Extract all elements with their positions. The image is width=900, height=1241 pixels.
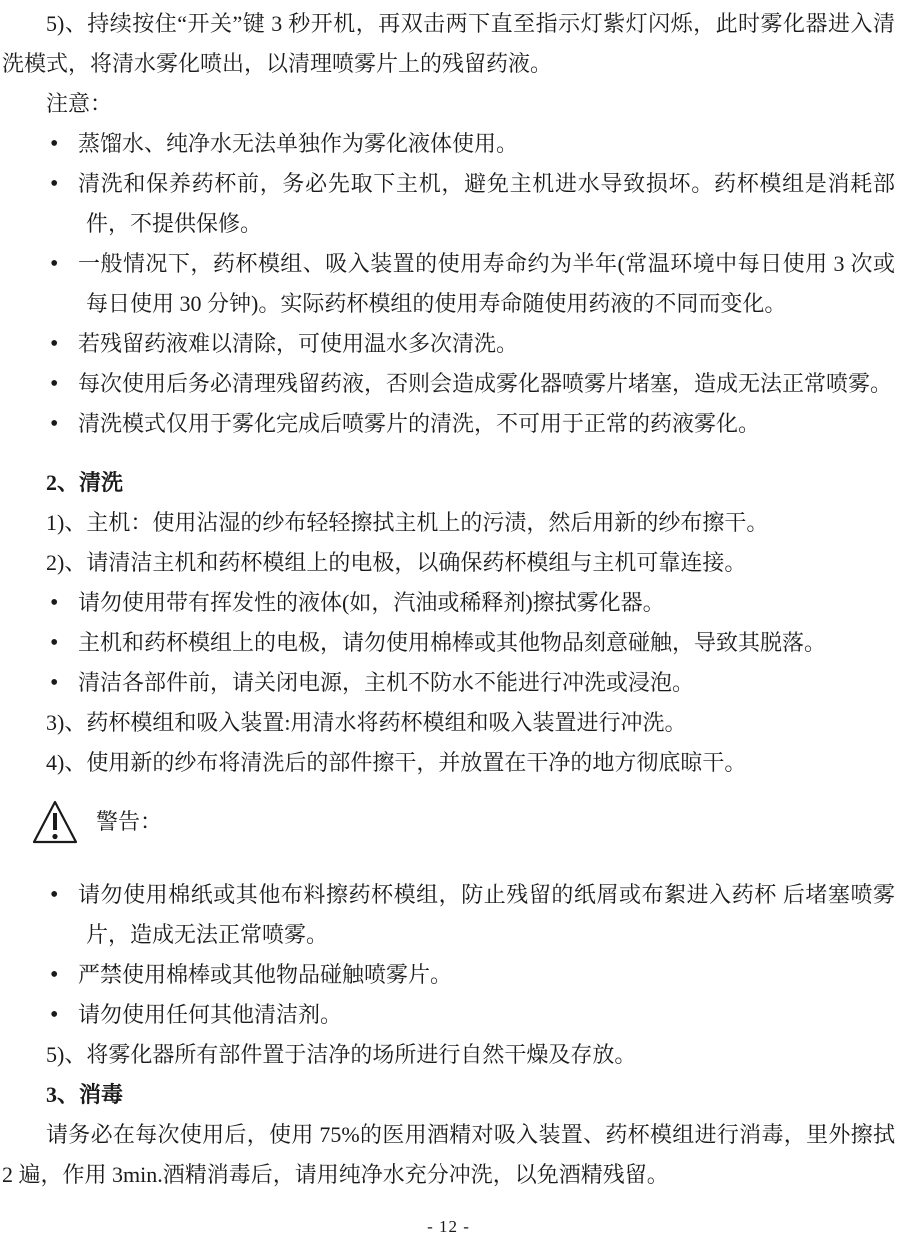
cleaning-caution-list: •请勿使用带有挥发性的液体(如，汽油或稀释剂)擦拭雾化器。 •主机和药杯模组上的… — [2, 583, 895, 703]
list-item-text: 清洗模式仅用于雾化完成后喷雾片的清洗，不可用于正常的药液雾化。 — [78, 411, 760, 436]
section-title-cleaning: 2、清洗 — [2, 463, 895, 503]
bullet-icon: • — [50, 875, 58, 915]
bullet-icon: • — [50, 164, 58, 204]
manual-page: 5)、持续按住“开关”键 3 秒开机，再双击两下直至指示灯紫灯闪烁，此时雾化器进… — [0, 0, 900, 1239]
list-item-text: 清洁各部件前，请关闭电源，主机不防水不能进行冲洗或浸泡。 — [78, 670, 694, 695]
bullet-icon: • — [50, 364, 58, 404]
bullet-icon: • — [50, 955, 58, 995]
cleaning-step-5: 5)、将雾化器所有部件置于洁净的场所进行自然干燥及存放。 — [2, 1035, 895, 1075]
notice-bullet-list: •蒸馏水、纯净水无法单独作为雾化液体使用。 •清洗和保养药杯前，务必先取下主机，… — [2, 124, 895, 444]
list-item: •每次使用后务必清理残留药液，否则会造成雾化器喷雾片堵塞，造成无法正常喷雾。 — [2, 364, 895, 404]
bullet-icon: • — [50, 404, 58, 444]
page-number: - 12 - — [2, 1215, 895, 1239]
list-item-text: 若残留药液难以清除，可使用温水多次清洗。 — [78, 331, 518, 356]
bullet-icon: • — [50, 995, 58, 1035]
cleaning-step-2: 2)、请清洁主机和药杯模组上的电极，以确保药杯模组与主机可靠连接。 — [2, 543, 895, 583]
bullet-icon: • — [50, 324, 58, 364]
list-item: •请勿使用带有挥发性的液体(如，汽油或稀释剂)擦拭雾化器。 — [2, 583, 895, 623]
bullet-icon: • — [50, 623, 58, 663]
disinfection-paragraph: 请务必在每次使用后，使用 75%的医用酒精对吸入装置、药杯模组进行消毒，里外擦拭… — [2, 1115, 895, 1195]
notice-label: 注意： — [2, 84, 895, 124]
list-item-text: 请勿使用任何其他清洁剂。 — [78, 1002, 342, 1027]
warning-bullet-list: •请勿使用棉纸或其他布料擦药杯模组，防止残留的纸屑或布絮进入药杯 后堵塞喷雾片，… — [2, 875, 895, 1035]
cleaning-step-1: 1)、主机：使用沾湿的纱布轻轻擦拭主机上的污渍，然后用新的纱布擦干。 — [2, 503, 895, 543]
list-item-text: 主机和药杯模组上的电极，请勿使用棉棒或其他物品刻意碰触，导致其脱落。 — [78, 630, 826, 655]
list-item: •清洗和保养药杯前，务必先取下主机，避免主机进水导致损坏。药杯模组是消耗部件，不… — [2, 164, 895, 244]
warning-triangle-icon — [32, 800, 78, 844]
cleaning-step-3: 3)、药杯模组和吸入装置:用清水将药杯模组和吸入装置进行冲洗。 — [2, 703, 895, 743]
bullet-icon: • — [50, 663, 58, 703]
list-item-text: 蒸馏水、纯净水无法单独作为雾化液体使用。 — [78, 131, 518, 156]
cleaning-step-4: 4)、使用新的纱布将清洗后的部件擦干，并放置在干净的地方彻底晾干。 — [2, 743, 895, 783]
list-item-text: 请勿使用棉纸或其他布料擦药杯模组，防止残留的纸屑或布絮进入药杯 后堵塞喷雾片，造… — [78, 882, 895, 947]
list-item: •清洁各部件前，请关闭电源，主机不防水不能进行冲洗或浸泡。 — [2, 663, 895, 703]
list-item-text: 严禁使用棉棒或其他物品碰触喷雾片。 — [78, 962, 452, 987]
list-item: •若残留药液难以清除，可使用温水多次清洗。 — [2, 324, 895, 364]
bullet-icon: • — [50, 583, 58, 623]
list-item: •请勿使用任何其他清洁剂。 — [2, 995, 895, 1035]
list-item: •清洗模式仅用于雾化完成后喷雾片的清洗，不可用于正常的药液雾化。 — [2, 404, 895, 444]
section-title-disinfection: 3、消毒 — [2, 1075, 895, 1115]
list-item-text: 一般情况下，药杯模组、吸入装置的使用寿命约为半年(常温环境中每日使用 3 次或每… — [78, 251, 895, 316]
list-item: •一般情况下，药杯模组、吸入装置的使用寿命约为半年(常温环境中每日使用 3 次或… — [2, 244, 895, 324]
list-item: •蒸馏水、纯净水无法单独作为雾化液体使用。 — [2, 124, 895, 164]
bullet-icon: • — [50, 244, 58, 284]
list-item-text: 请勿使用带有挥发性的液体(如，汽油或稀释剂)擦拭雾化器。 — [78, 590, 665, 615]
list-item: •主机和药杯模组上的电极，请勿使用棉棒或其他物品刻意碰触，导致其脱落。 — [2, 623, 895, 663]
step5-power-paragraph: 5)、持续按住“开关”键 3 秒开机，再双击两下直至指示灯紫灯闪烁，此时雾化器进… — [2, 4, 895, 84]
bullet-icon: • — [50, 124, 58, 164]
warning-banner: 警告： — [32, 799, 895, 845]
list-item-text: 清洗和保养药杯前，务必先取下主机，避免主机进水导致损坏。药杯模组是消耗部件，不提… — [78, 171, 895, 236]
warning-label: 警告： — [96, 799, 162, 845]
list-item: •严禁使用棉棒或其他物品碰触喷雾片。 — [2, 955, 895, 995]
list-item-text: 每次使用后务必清理残留药液，否则会造成雾化器喷雾片堵塞，造成无法正常喷雾。 — [78, 371, 892, 396]
list-item: •请勿使用棉纸或其他布料擦药杯模组，防止残留的纸屑或布絮进入药杯 后堵塞喷雾片，… — [2, 875, 895, 955]
